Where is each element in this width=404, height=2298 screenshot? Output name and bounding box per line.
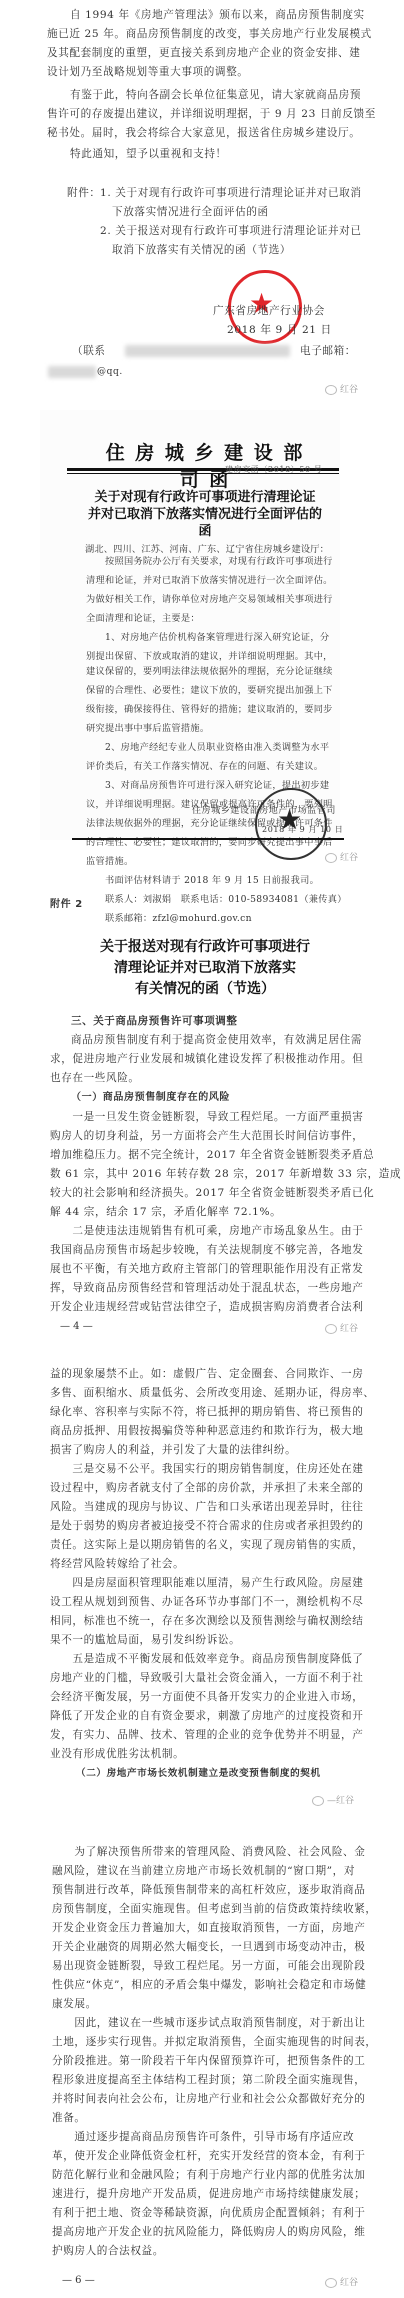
signature-date: 2018 年 9 月 21 日 [227,321,332,340]
risk2-line: 二是使违法违规销售有机可乘，房地产市场乱象丛生。由于 [50,1222,363,1241]
risk5-line: 业没有形成优胜劣汰机制。 [50,1745,184,1764]
attachment-2-line-2: 取消下放落实有关情况的函（节选） [112,241,291,260]
para3-line: 护购房人的合法权益。 [52,2242,164,2261]
risk1-line: 购房人的切身利益，另一方面将会产生大范围长时间信访事件， [50,1127,363,1146]
para2-line: 并将时间表向社会公布，让房地产行业和社会公众都做好充分的 [52,2090,365,2109]
risk2-line: 挥，导致商品房预售经营和管理活动处于混乱状态，一些房地产 [50,1279,363,1298]
risk3-line: 风险。当建成的现房与协议、广告和口头承诺出现差异时，往往 [50,1498,363,1517]
risk4-line: 设工程从规划到预售、办证各环节办事部门不一，测绘机构不尽 [50,1593,363,1612]
risk1-line: 较大的社会影响和经济损失。2017 年全省资金链断裂类矛盾已化 [50,1184,374,1203]
para1-line: 易出现资金链断裂，导致工程烂尾。另一方面，可能会出现阶段 [52,1957,365,1976]
risk3-line: 责任。这实际上是以期房销售的名义，实现了现房销售的实质， [50,1536,363,1555]
wechat-icon [325,853,337,863]
watermark: 红谷 [325,1321,358,1334]
wechat-icon [325,385,337,395]
risk5-line: 会经济平衡发展，另一方面使不具备开发实力的企业进入市场， [50,1688,363,1707]
risk4-line: 四是房屋面积管理职能难以厘清，易产生行政风险。房屋建 [50,1574,363,1593]
risk2-line: 绿化率、容积率与实际不符，将已抵押的期房销售、将已预售的 [50,1403,363,1422]
paragraph-1-line-2: 施已近 25 年。商品房预售制度的改变，事关房地产行业发展模式 [47,25,372,44]
para2-line: 程形象进度提高至主体结构工程封顶；第二阶段全面实施现售， [52,2071,365,2090]
risk2-line: 展也不平衡，有关地方政府主管部门的管理职能作用没有正常发 [50,1260,363,1279]
watermark: 红谷 [325,382,358,395]
attachment-2-line-1: 2. 关于报送对现有行政许可事项进行清理论证并对已 [100,222,362,241]
contact-prefix: （联系 [72,342,106,361]
risk3-line: 设过程中，购房者就支付了全部的房价款，并承担了未来全部的 [50,1479,363,1498]
para3-line: 通过逐步提高商品房预售许可条件，引导市场有序适应改 [52,2128,354,2147]
risk2-line: 损害了购房人的利益，并引发了大量的法律纠纷。 [50,1441,296,1460]
redacted-contact [125,345,290,357]
wechat-icon [325,2278,337,2288]
para2-line: 准备。 [52,2109,86,2128]
risk3-line: 三是交易不公平。我国实行的期房销售制度，住房还处在建 [50,1460,363,1479]
para1-line: 融风险，建议在当前建立房地产市场长效机制的“窗口期”，对 [52,1862,355,1881]
ministry-signatory: 住房城乡建设部房地产市场监管司 [192,802,336,821]
para3-line: 有利于把土地、资金等稀缺资源，向优质房企配置倾斜；有利于 [52,2204,365,2223]
attachment-1-line-1: 1. 关于对现有行政许可事项进行清理论证并对已取消 [100,184,362,203]
risk2-line: 益的现象屡禁不止。如：虚假广告、定金圈套、合同欺诈、一房 [50,1365,363,1384]
watermark: 红谷 [325,2275,358,2288]
subheading-risks: （一）商品房预售制度存在的风险 [71,1088,230,1107]
risk2-line: 我国商品房预售市场起步较晚，有关法规制度不够完善，各地发 [50,1241,363,1260]
para1-line: 为了解决预售所带来的管理风险、消费风险、社会风险、金 [52,1843,365,1862]
ministry-letter-section: 住 房 城 乡 建 设 部 司 函 建房交函〔2018〕50 号 关于对现有行政… [0,410,404,850]
attachment-2-section: 附件 2 关于报送对现有行政许可事项进行 清理论证并对已取消下放落实 有关情况的… [0,895,404,1335]
paragraph-3-line-1: 特此通知，望予以重视和支持！ [70,145,227,164]
risk4-line: 相同，标准也不统一，存在多次测绘以及预售测绘与确权测绘结 [50,1612,363,1631]
risk5-line: 发，有实力、品牌、技术、管理的企业的竞争优势并不明显，产 [50,1726,363,1745]
risk3-line: 是处于弱势的购房者被迫接受不符合需求的住房或者承担毁约的 [50,1517,363,1536]
email-label: 电子邮箱： [300,342,356,361]
risk5-line: 房地产业的门槛，导致吸引大量社会资金涌入，一方面不利于社 [50,1669,363,1688]
paragraph-2-line-3: 秘书处。届时，我会将综合大家意见，报送省住房城乡建设厅。 [47,124,360,143]
email-suffix: @qq. [97,363,123,382]
risk1-line: 增加维稳压力。据不完全统计，2017 年全省资金链断裂类矛盾总 [50,1146,374,1165]
para3-line: 提高房地产开发企业的抗风险能力，降低购房人的购房风险，维 [52,2223,365,2242]
attachment-title-line-1: 关于报送对现有行政许可事项进行 [60,936,350,956]
paragraph-2-line-1: 有鉴于此，特向各副会长单位征集意见，请大家就商品房预 [70,86,361,105]
risk1-line: 一是一旦发生资金链断裂，导致工程烂尾。一方面严重损害 [50,1108,363,1127]
subheading-opportunity: （二）房地产市场长效机制建立是改变预售制度的契机 [76,1764,321,1783]
paragraph-1-line-4: 设计划乃至战略规划等重大事项的调整。 [47,63,249,82]
paragraph-1-line-3: 及其配套制度的重塑，更直接关系到房地产企业的资金安排、建 [47,44,360,63]
redacted-email [48,366,96,378]
risk1-line: 解 44 宗，结余 17 宗，矛盾化解率 72.1%。 [50,1203,281,1222]
para1-line: 性供应“休克”，相应的矛盾会集中爆发，影响社会稳定和市场健 [52,1976,366,1995]
attachment-title-line-2: 清理论证并对已取消下放落实 [60,957,350,977]
watermark: 红谷 [325,850,358,863]
risk1-line: 数 61 宗，其中 2016 年转存数 28 宗，2017 年新增数 33 宗，… [50,1165,401,1184]
attachment-title-line-3: 有关情况的函（节选） [60,978,350,998]
para2-line: 土地，逐步实行现售。并拟定取消预售，全面实施现售的时间表， [52,2033,377,2052]
risk5-line: 五是造成不平衡发展和低效率竞争。商品房预售制度降低了 [50,1650,363,1669]
page-number: — 4 — [60,1321,93,1332]
risk2-line: 开发企业违规经营或钻营法律空子，造成损害购房消费者合法利 [50,1298,363,1317]
intro-line: 也存在一些风险。 [50,1069,140,1088]
para1-line: 康发展。 [52,1995,97,2014]
wechat-icon [325,1324,337,1334]
risk5-line: 降低了开发企业的自有资金要求，刺激了房地产的过度投资和开 [50,1707,363,1726]
attachment-1-line-2: 下放落实情况进行全面评估的函 [112,203,269,222]
risk3-line: 将经营风险转嫁给了社会。 [50,1555,184,1574]
watermark: —红谷 [312,1793,354,1806]
intro-line: 商品房预售制度有利于提高资金使用效率，有效满足居住需 [71,1031,362,1050]
wechat-icon [312,1796,324,1806]
attachment-label: 附件 2 [50,895,83,914]
notice-section: 自 1994 年《房地产管理法》颁布以来，商品房预售制度实 施已近 25 年。商… [0,0,404,400]
risk2-line: 商品房抵押、用假按揭骗贷等种种恶意违约和欺诈行为，极大地 [50,1422,363,1441]
paragraph-1-line-1: 自 1994 年《房地产管理法》颁布以来，商品房预售制度实 [70,6,365,25]
para3-line: 速进行，提升房地产开发品质，促进房地产市场持续健康发展； [52,2185,365,2204]
signatory: 广东省房地产行业协会 [213,302,325,321]
recommendations-section: 为了解决预售所带来的管理风险、消费风险、社会风险、金 融风险，建议在当前建立房地… [0,1843,404,2298]
para1-line: 房预售制度，全面实施现售。但考虑到当前的信贷政策持续收紧， [52,1900,377,1919]
document-number: 建房交函〔2018〕50 号 [225,460,322,479]
page-number: — 6 — [62,2275,95,2286]
para1-line: 预售制进行改革，降低预售制带来的高杠杆效应，逐步取消商品 [52,1881,365,1900]
risk4-line: 果不一的尴尬局面，易引发纠纷诉讼。 [50,1631,240,1650]
ministry-date: 2018 年 9 月 10 日 [262,820,343,839]
para2-line: 因此，建议在一些城市逐步试点取消预售制度，对于新出让 [52,2014,365,2033]
paragraph-2-line-2: 售许可的存废提出建议，并详细说明理据，于 9 月 23 日前反馈至 [47,105,376,124]
continuation-section: 益的现象屡禁不止。如：虚假广告、定金圈套、合同欺诈、一房 多售、面积缩水、质量低… [0,1365,404,1785]
para3-line: 革，使开发企业降低资金杠杆，充实开发经营的资本金，有利于 [52,2147,365,2166]
letter-title-line-3: 函 [60,520,350,539]
para3-line: 防范化解行业和金融风险；有利于房地产行业内部的优胜劣汰加 [52,2166,365,2185]
section-heading: 三、关于商品房预售许可事项调整 [71,1012,238,1031]
para1-line: 开发企业资金压力普遍加大，如直接取消预售，一方面，房地产 [52,1919,365,1938]
risk2-line: 多售、面积缩水、质量低劣、会所改变用途、延期办证，得房率、 [50,1384,375,1403]
para2-line: 分阶段推进。第一阶段若干年内保留预算许可，把预售条件的工 [52,2052,365,2071]
footer-rule [72,838,344,840]
intro-line: 求，促进房地产行业发展和城镇化建设发挥了积极推动作用。但 [50,1050,363,1069]
para1-line: 开关企业融资的周期必然大幅变长，一旦遇到市场变动冲击，极 [52,1938,365,1957]
attachments-label: 附件： [67,184,101,203]
